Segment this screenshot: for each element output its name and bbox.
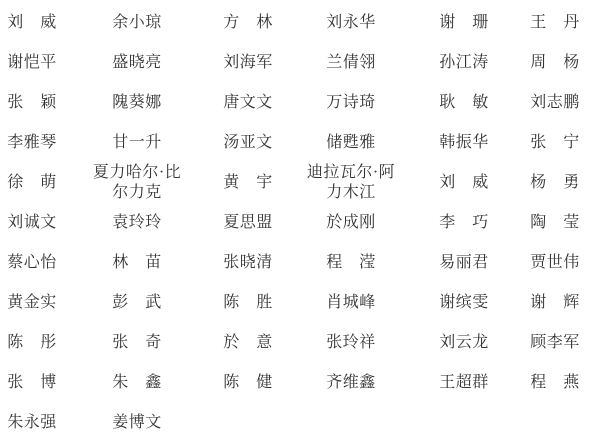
name-cell: 刘永华 bbox=[286, 3, 416, 43]
name-cell: 刘海军 bbox=[210, 43, 286, 83]
name-cell: 韩振华 bbox=[416, 123, 512, 163]
name-cell: 肖城峰 bbox=[286, 283, 416, 323]
name-cell: 周 杨 bbox=[512, 43, 598, 83]
name-cell: 易丽君 bbox=[416, 243, 512, 283]
name-cell: 黄 宇 bbox=[210, 163, 286, 203]
name-cell: 陈 彤 bbox=[0, 323, 64, 363]
name-cell: 张 颖 bbox=[0, 83, 64, 123]
name-cell: 张玲祥 bbox=[286, 323, 416, 363]
name-cell: 顾李军 bbox=[512, 323, 598, 363]
name-cell: 唐文文 bbox=[210, 83, 286, 123]
name-cell: 刘云龙 bbox=[416, 323, 512, 363]
name-cell: 姜博文 bbox=[64, 403, 210, 443]
name-cell: 谢 辉 bbox=[512, 283, 598, 323]
name-cell: 余小琼 bbox=[64, 3, 210, 43]
name-cell: 张晓清 bbox=[210, 243, 286, 283]
name-cell: 陶 莹 bbox=[512, 203, 598, 243]
name-cell: 朱 鑫 bbox=[64, 363, 210, 403]
name-cell: 陈 胜 bbox=[210, 283, 286, 323]
name-cell: 谢 珊 bbox=[416, 3, 512, 43]
name-cell: 李 巧 bbox=[416, 203, 512, 243]
name-cell: 陈 健 bbox=[210, 363, 286, 403]
name-cell: 夏力哈尔·比 尔力克 bbox=[64, 163, 210, 203]
name-cell: 迪拉瓦尔·阿 力木江 bbox=[286, 163, 416, 203]
name-cell: 隗葵娜 bbox=[64, 83, 210, 123]
name-cell: 万诗琦 bbox=[286, 83, 416, 123]
name-cell bbox=[286, 403, 416, 443]
name-cell: 谢缤雯 bbox=[416, 283, 512, 323]
name-cell: 刘志鹏 bbox=[512, 83, 598, 123]
name-cell: 甘一升 bbox=[64, 123, 210, 163]
name-cell: 刘 威 bbox=[0, 3, 64, 43]
name-cell: 朱永强 bbox=[0, 403, 64, 443]
name-cell: 彭 武 bbox=[64, 283, 210, 323]
name-cell: 夏思盟 bbox=[210, 203, 286, 243]
name-cell: 汤亚文 bbox=[210, 123, 286, 163]
name-cell bbox=[416, 403, 512, 443]
name-cell: 王超群 bbox=[416, 363, 512, 403]
name-cell: 林 苗 bbox=[64, 243, 210, 283]
name-cell: 刘 威 bbox=[416, 163, 512, 203]
name-cell: 谢恺平 bbox=[0, 43, 64, 83]
name-cell: 蔡心怡 bbox=[0, 243, 64, 283]
name-cell: 於成刚 bbox=[286, 203, 416, 243]
name-cell: 杨 勇 bbox=[512, 163, 598, 203]
name-cell: 王 丹 bbox=[512, 3, 598, 43]
name-cell: 储甦雅 bbox=[286, 123, 416, 163]
name-cell: 徐 萌 bbox=[0, 163, 64, 203]
name-cell: 贾世伟 bbox=[512, 243, 598, 283]
name-grid: 刘 威 余小琼 方 林 刘永华 谢 珊 王 丹 谢恺平 盛晓亮 刘海军 兰倩翎 … bbox=[0, 0, 598, 446]
name-cell: 张 博 bbox=[0, 363, 64, 403]
name-cell: 齐维鑫 bbox=[286, 363, 416, 403]
name-cell: 袁玲玲 bbox=[64, 203, 210, 243]
name-cell: 方 林 bbox=[210, 3, 286, 43]
name-cell: 兰倩翎 bbox=[286, 43, 416, 83]
name-cell: 孙江涛 bbox=[416, 43, 512, 83]
name-cell: 黄金实 bbox=[0, 283, 64, 323]
name-cell: 张 奇 bbox=[64, 323, 210, 363]
name-cell bbox=[210, 403, 286, 443]
name-cell bbox=[512, 403, 598, 443]
name-cell: 李雅琴 bbox=[0, 123, 64, 163]
name-cell: 张 宁 bbox=[512, 123, 598, 163]
name-cell: 於 意 bbox=[210, 323, 286, 363]
name-cell: 刘诚文 bbox=[0, 203, 64, 243]
name-cell: 耿 敏 bbox=[416, 83, 512, 123]
name-cell: 程 燕 bbox=[512, 363, 598, 403]
name-cell: 盛晓亮 bbox=[64, 43, 210, 83]
name-cell: 程 滢 bbox=[286, 243, 416, 283]
